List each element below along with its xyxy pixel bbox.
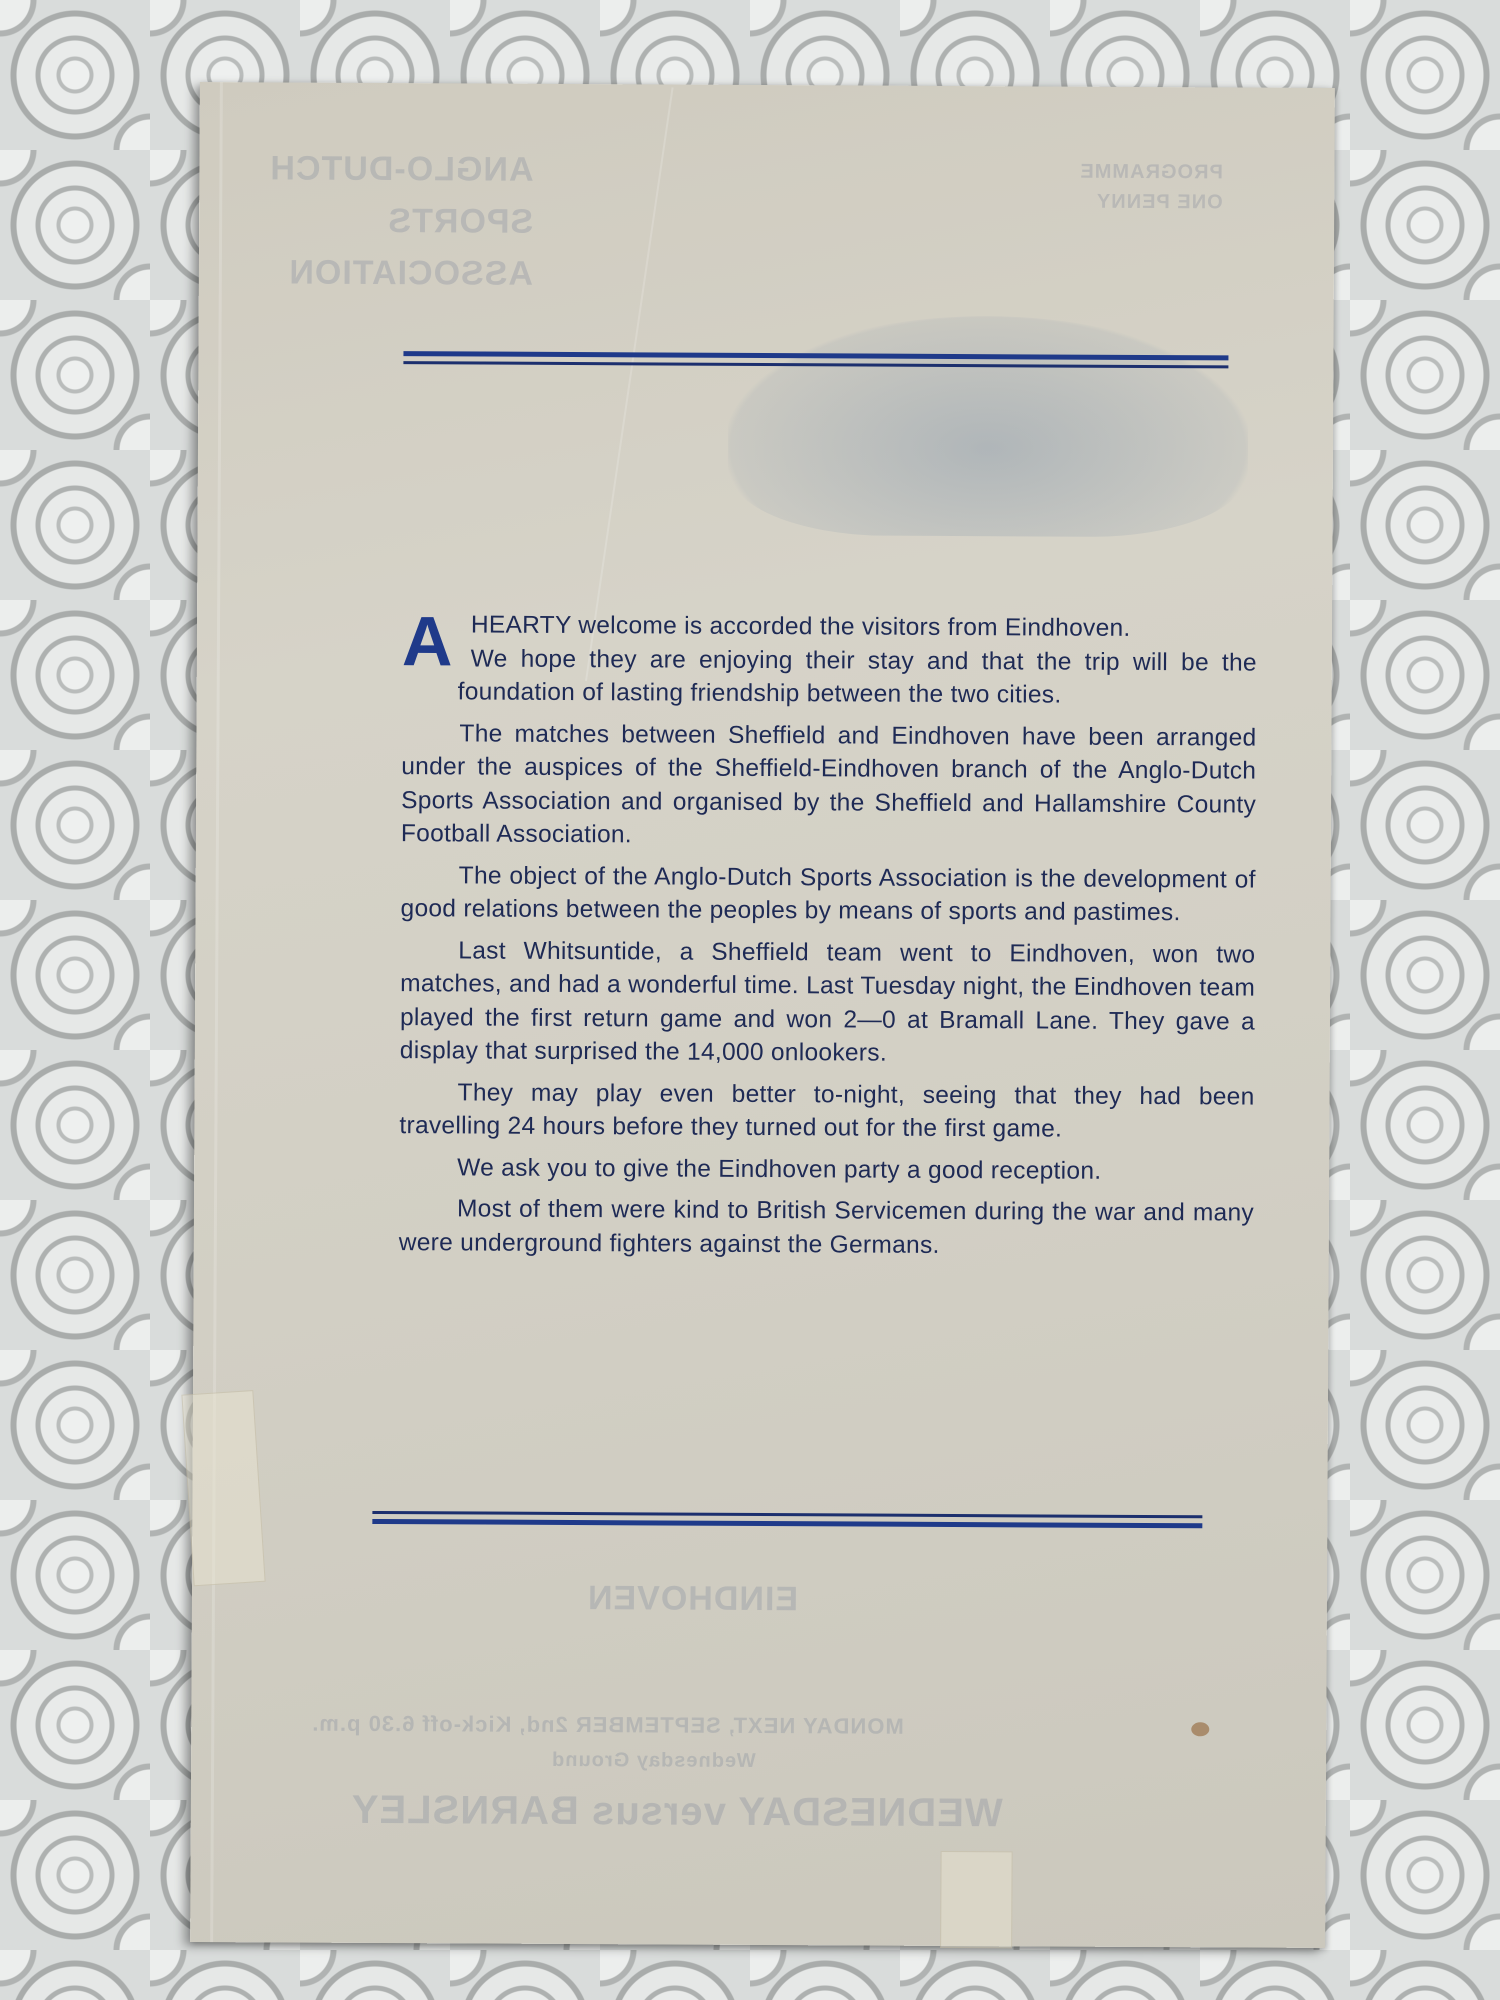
lead-word: HEARTY [471, 611, 571, 639]
paragraph-tonight: They may play even better to-night, seei… [399, 1076, 1254, 1147]
paragraph-matches: The matches between Sheffield and Eindho… [401, 717, 1257, 855]
paragraph-servicemen: Most of them were kind to British Servic… [399, 1192, 1254, 1263]
bleed-through-ground: Wednesday Ground [551, 1749, 756, 1773]
drop-cap: A [402, 612, 453, 670]
rust-stain [1191, 1722, 1209, 1736]
paragraph-reception: We ask you to give the Eindhoven party a… [399, 1151, 1254, 1189]
bleed-through-eindhoven: EINDHOVEN [587, 1579, 798, 1619]
bleed-through-fixture: WEDNESDAY versus BARNSLEY [351, 1788, 1003, 1836]
bottom-double-rule [372, 1511, 1202, 1528]
tape-patch [940, 1851, 1013, 1948]
bleed-through-stadium-illustration [728, 315, 1249, 538]
programme-page: ANGLO-DUTCH SPORTS ASSOCIATION PROGRAMME… [190, 82, 1335, 1948]
welcome-article: A HEARTY welcome is accorded the visitor… [399, 608, 1257, 1271]
paragraph-welcome: A HEARTY welcome is accorded the visitor… [402, 608, 1258, 713]
paper-crease [210, 82, 223, 1942]
bleed-through-title: ANGLO-DUTCH SPORTS ASSOCIATION [269, 142, 534, 299]
bleed-through-notice: MONDAY NEXT, SEPTEMBER 2nd, Kick-off 6.3… [311, 1711, 904, 1740]
paragraph-object: The object of the Anglo-Dutch Sports Ass… [400, 859, 1255, 930]
bleed-through-price: PROGRAMME ONE PENNY [1079, 157, 1223, 218]
paragraph-whitsuntide: Last Whitsuntide, a Sheffield team went … [400, 934, 1256, 1072]
paper-crease [585, 87, 674, 681]
tape-patch [181, 1390, 265, 1586]
